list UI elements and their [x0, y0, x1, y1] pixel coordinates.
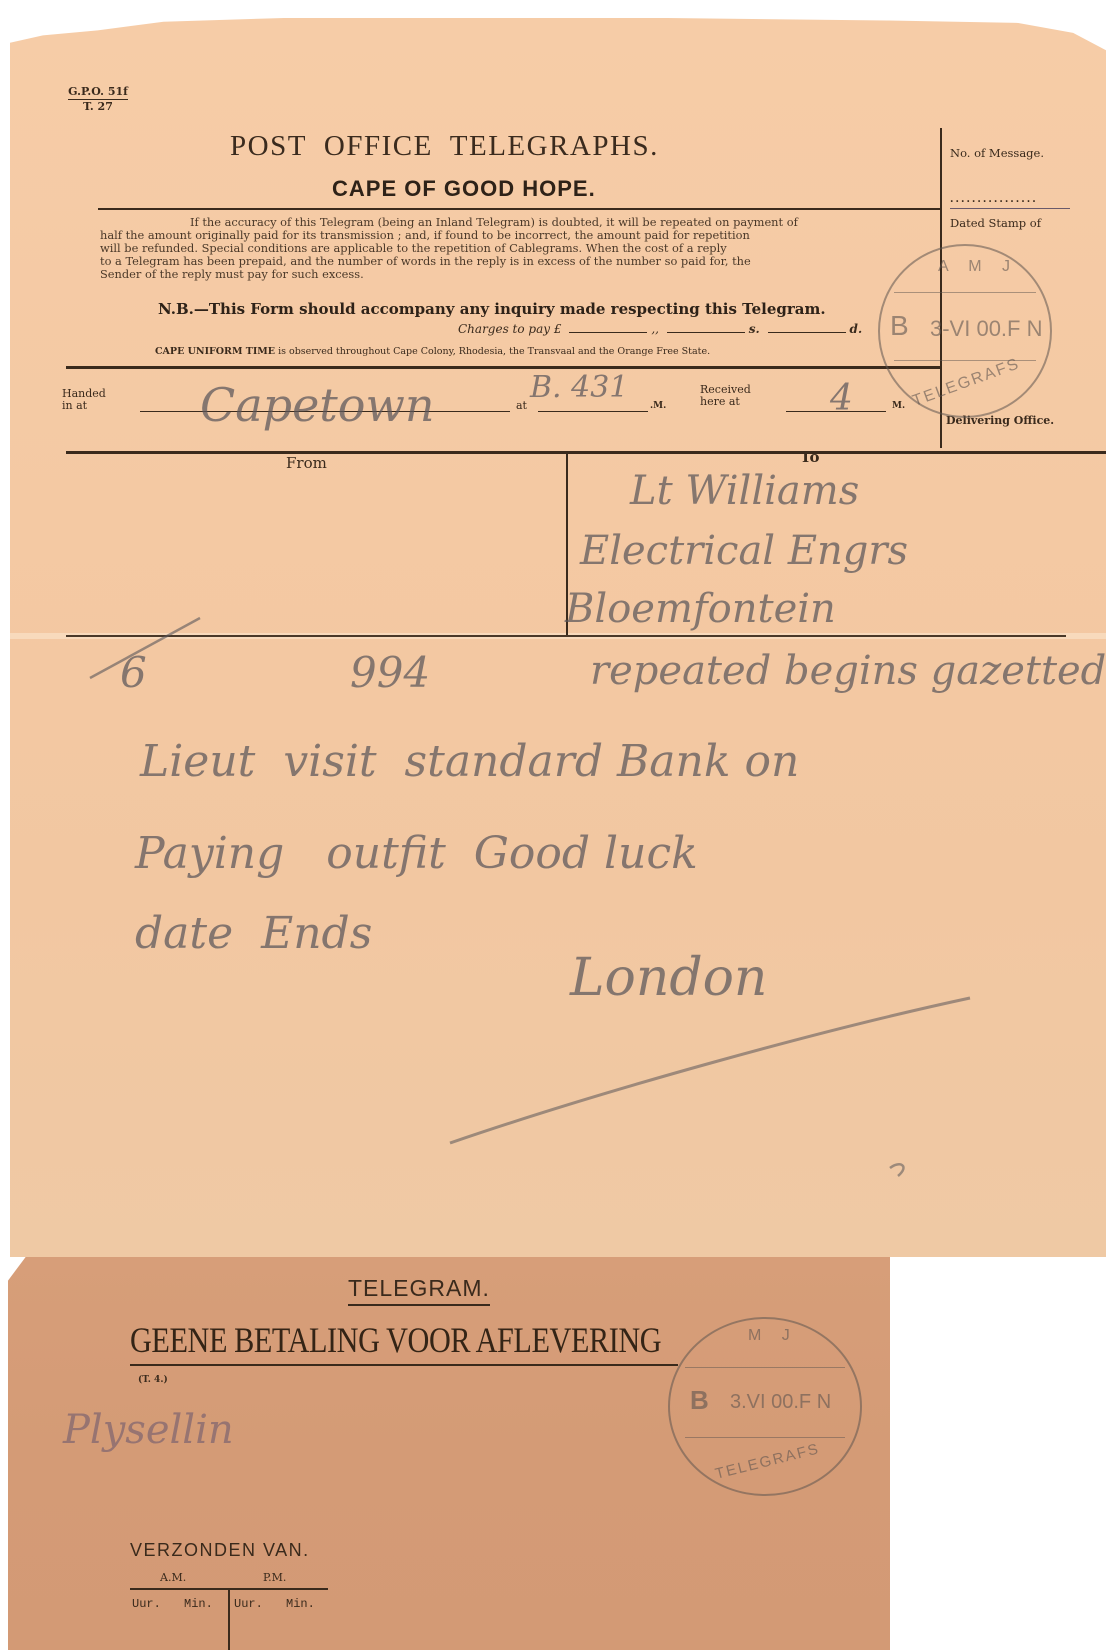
pencil-stroke-icon	[10, 18, 1106, 1257]
pm-hour-label: Uur.	[234, 1597, 263, 1611]
envelope-form-code: (T. 4.)	[138, 1375, 168, 1385]
pm-minute-label: Min.	[286, 1597, 315, 1611]
postmark-letter: B	[890, 310, 909, 342]
envelope-postmark-stamp: M J B 3.VI 00.F N TELEGRAFS	[668, 1317, 862, 1496]
postmark-top-letters: A M J	[938, 258, 1018, 276]
envelope-heading: TELEGRAM.	[348, 1275, 490, 1306]
envelope-postmark-top-letters: M J	[748, 1327, 798, 1345]
am-hour-label: Uur.	[132, 1597, 161, 1611]
telegram-envelope: TELEGRAM. GEENE BETALING VOOR AFLEVERING…	[8, 1257, 890, 1650]
postmark-date: 3-VI 00.F N	[930, 316, 1042, 342]
postmark-bottom-text: TELEGRAFS	[910, 355, 1022, 411]
envelope-subheading: GEENE BETALING VOOR AFLEVERING	[130, 1319, 661, 1361]
time-column-divider	[228, 1588, 230, 1650]
envelope-postmark-date: 3.VI 00.F N	[730, 1391, 831, 1414]
divider	[130, 1364, 678, 1366]
envelope-postmark-letter: B	[690, 1385, 709, 1416]
sent-from-label: VERZONDEN VAN.	[130, 1540, 310, 1561]
postmark-stamp: A M J B 3-VI 00.F N TELEGRAFS	[878, 244, 1052, 418]
telegram-form: G.P.O. 51f T. 27 POST OFFICE TELEGRAPHS.…	[10, 18, 1106, 1257]
envelope-handwritten-name: Plysellin	[63, 1407, 234, 1453]
am-minute-label: Min.	[184, 1597, 213, 1611]
envelope-postmark-bottom-text: TELEGRAFS	[714, 1440, 822, 1482]
am-label: A.M.	[160, 1571, 186, 1584]
pm-label: P.M.	[263, 1571, 286, 1584]
